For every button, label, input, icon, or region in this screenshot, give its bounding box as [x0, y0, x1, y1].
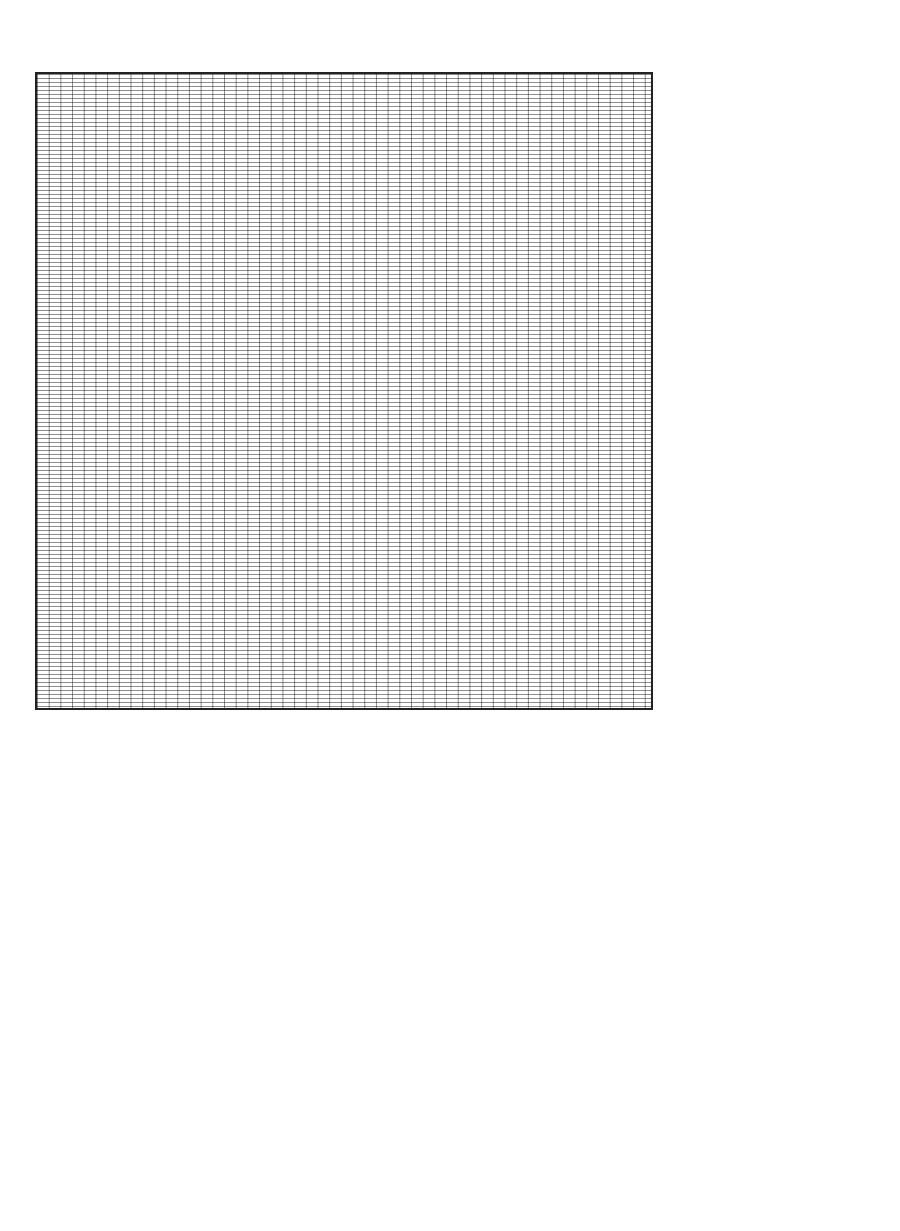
legend	[688, 44, 888, 52]
knitting-chart	[35, 72, 653, 710]
article-column-4	[661, 768, 863, 772]
article-column-1	[33, 768, 233, 780]
dot-divider	[33, 750, 900, 764]
